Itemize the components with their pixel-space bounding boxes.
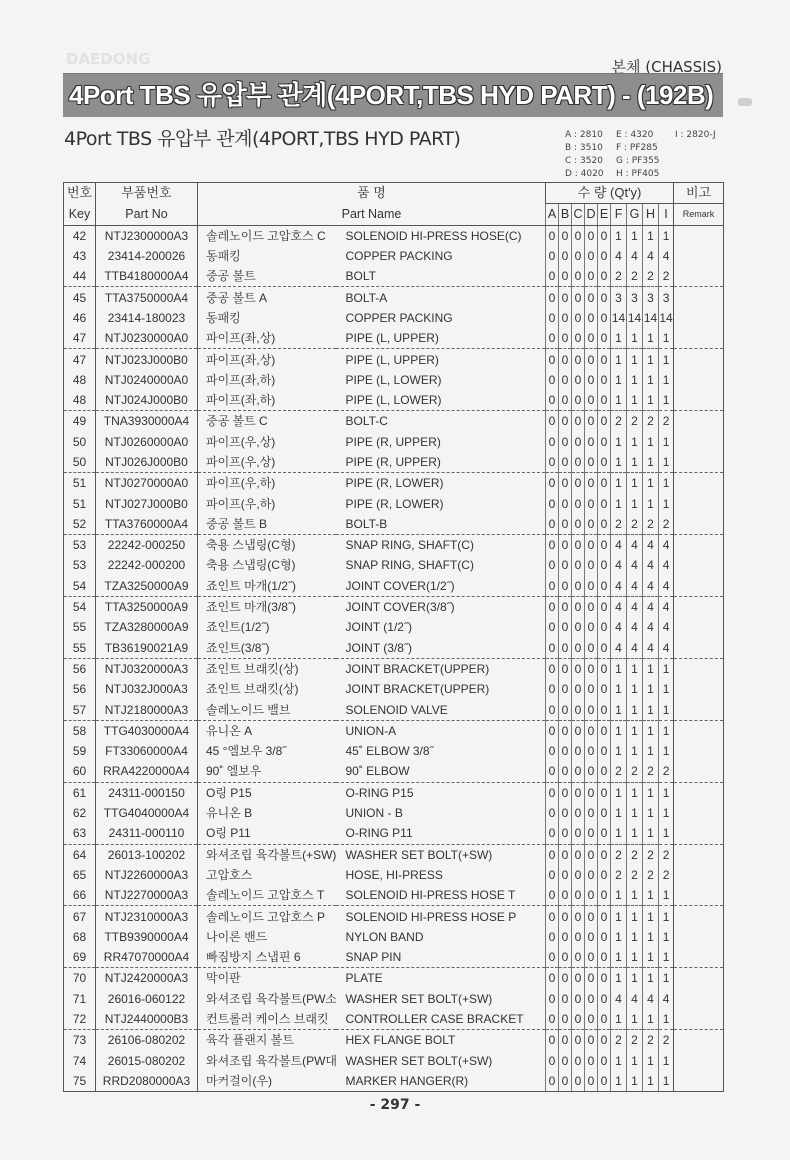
row-name-kr: 파이프(우,상) (198, 432, 336, 452)
row-qty: 2 (643, 1030, 659, 1051)
row-part-no: 26013-100202 (96, 844, 198, 865)
row-qty: 4 (643, 617, 659, 637)
row-qty: 0 (598, 699, 611, 720)
row-qty: 0 (598, 493, 611, 513)
row-remark (674, 328, 724, 349)
row-key: 52 (64, 514, 96, 535)
row-qty: 4 (627, 638, 643, 659)
row-qty: 1 (643, 390, 659, 411)
row-name-en: BOLT-A (336, 287, 546, 308)
row-qty: 1 (659, 370, 674, 390)
table-row: 5322242-000200축용 스냅링(C형)SNAP RING, SHAFT… (64, 555, 724, 575)
table-row: 68TTB9390000A4나이론 밴드NYLON BAND000001111 (64, 927, 724, 947)
row-qty: 1 (611, 1071, 627, 1092)
table-row: 65NTJ2260000A3고압호스HOSE, HI-PRESS00000222… (64, 865, 724, 885)
row-qty: 1 (643, 493, 659, 513)
model-code: G : PF355 (616, 155, 660, 168)
row-qty: 14 (643, 308, 659, 328)
row-qty: 1 (659, 452, 674, 473)
row-qty: 0 (559, 535, 572, 556)
row-qty: 0 (546, 658, 559, 679)
row-qty: 0 (559, 349, 572, 370)
row-qty: 1 (659, 432, 674, 452)
row-qty: 1 (611, 968, 627, 989)
row-qty: 2 (627, 844, 643, 865)
table-row: 55TZA3280000A9죠인트(1/2˝)JOINT (1/2˝)00000… (64, 617, 724, 637)
row-qty: 0 (585, 493, 598, 513)
row-qty: 0 (598, 782, 611, 803)
row-part-no: NTJ024J000B0 (96, 390, 198, 411)
row-qty: 0 (598, 576, 611, 597)
table-row: 6426013-100202와셔조립 육각볼트(+SW)WASHER SET B… (64, 844, 724, 865)
row-name-kr: 와셔조립 육각볼트(+SW) (198, 844, 336, 865)
row-qty: 4 (611, 535, 627, 556)
row-qty: 4 (611, 617, 627, 637)
row-part-no: NTJ0230000A0 (96, 328, 198, 349)
row-part-no: NTJ2260000A3 (96, 865, 198, 885)
row-qty: 1 (643, 349, 659, 370)
row-name-kr: 와셔조립 육각볼트(PW소+SW) (198, 989, 336, 1009)
row-qty: 0 (546, 308, 559, 328)
row-qty: 1 (643, 885, 659, 906)
table-row: 54TTA3250000A9죠인트 마개(3/8˝)JOINT COVER(3/… (64, 596, 724, 617)
row-qty: 0 (572, 947, 585, 968)
row-name-kr: 파이프(좌,상) (198, 349, 336, 370)
row-qty: 0 (598, 411, 611, 432)
row-qty: 0 (559, 906, 572, 927)
row-remark (674, 989, 724, 1009)
row-part-no: 26015-080202 (96, 1050, 198, 1070)
row-name-en: O-RING P15 (336, 782, 546, 803)
row-qty: 1 (643, 782, 659, 803)
row-qty: 1 (659, 885, 674, 906)
row-qty: 2 (659, 266, 674, 287)
row-remark (674, 1050, 724, 1070)
row-qty: 0 (585, 473, 598, 494)
row-qty: 0 (559, 947, 572, 968)
row-qty: 0 (559, 596, 572, 617)
row-qty: 0 (585, 266, 598, 287)
row-qty: 0 (572, 906, 585, 927)
table-row: 58TTG4030000A4유니온 AUNION-A000001111 (64, 720, 724, 741)
row-name-kr: 죠인트 브래킷(상) (198, 679, 336, 699)
row-qty: 0 (585, 370, 598, 390)
row-name-kr: 죠인트 마개(3/8˝) (198, 596, 336, 617)
row-qty: 1 (627, 1050, 643, 1070)
row-name-en: PIPE (L, LOWER) (336, 370, 546, 390)
row-name-kr: 죠인트 마개(1/2˝) (198, 576, 336, 597)
row-qty: 1 (611, 803, 627, 823)
row-qty: 1 (627, 968, 643, 989)
row-qty: 0 (546, 514, 559, 535)
row-qty: 0 (572, 473, 585, 494)
row-key: 56 (64, 679, 96, 699)
row-qty: 4 (627, 535, 643, 556)
row-name-kr: 중공 볼트 (198, 266, 336, 287)
row-qty: 4 (627, 596, 643, 617)
row-part-no: TZA3280000A9 (96, 617, 198, 637)
table-row: 4323414-200026동패킹COPPER PACKING000004444 (64, 246, 724, 266)
row-qty: 0 (559, 1071, 572, 1092)
row-qty: 0 (598, 1071, 611, 1092)
row-qty: 0 (546, 1030, 559, 1051)
header-remark-en: Remark (674, 204, 724, 225)
row-key: 48 (64, 390, 96, 411)
row-name-kr: 나이론 밴드 (198, 927, 336, 947)
table-row: 56NTJ032J000A3죠인트 브래킷(상)JOINT BRACKET(UP… (64, 679, 724, 699)
row-qty: 0 (546, 576, 559, 597)
row-qty: 0 (546, 390, 559, 411)
row-name-kr: 동패킹 (198, 246, 336, 266)
row-qty: 0 (559, 390, 572, 411)
row-remark (674, 1009, 724, 1030)
row-qty: 2 (627, 411, 643, 432)
row-qty: 1 (643, 927, 659, 947)
row-qty: 0 (598, 885, 611, 906)
table-row: 44TTB4180000A4중공 볼트BOLT000002222 (64, 266, 724, 287)
row-name-en: JOINT COVER(3/8˝) (336, 596, 546, 617)
header-key-en: Key (64, 204, 96, 225)
row-qty: 0 (585, 390, 598, 411)
row-key: 45 (64, 287, 96, 308)
row-name-en: JOINT BRACKET(UPPER) (336, 679, 546, 699)
faint-brand-logo: DAEDONG (66, 50, 150, 68)
row-key: 73 (64, 1030, 96, 1051)
row-qty: 4 (643, 246, 659, 266)
row-name-kr: 솔레노이드 밸브 (198, 699, 336, 720)
row-name-kr: 컨트롤러 케이스 브래킷 (198, 1009, 336, 1030)
row-qty: 0 (585, 349, 598, 370)
row-qty: 1 (611, 720, 627, 741)
row-qty: 0 (598, 349, 611, 370)
model-code: F : PF285 (616, 142, 658, 155)
row-remark (674, 535, 724, 556)
row-part-no: 23414-180023 (96, 308, 198, 328)
row-key: 63 (64, 823, 96, 844)
row-qty: 0 (572, 989, 585, 1009)
row-qty: 0 (598, 927, 611, 947)
row-qty: 0 (598, 741, 611, 761)
row-qty: 0 (559, 411, 572, 432)
row-qty: 1 (627, 390, 643, 411)
row-name-en: PIPE (L, LOWER) (336, 390, 546, 411)
row-qty: 1 (627, 741, 643, 761)
row-qty: 0 (598, 947, 611, 968)
row-key: 66 (64, 885, 96, 906)
row-name-kr: 파이프(좌,하) (198, 370, 336, 390)
table-row: 69RR47070000A4빠짐방지 스냅핀 6SNAP PIN00000111… (64, 947, 724, 968)
row-qty: 2 (611, 411, 627, 432)
row-qty: 0 (559, 699, 572, 720)
row-qty: 3 (611, 287, 627, 308)
row-qty: 0 (598, 432, 611, 452)
row-part-no: NTJ0320000A3 (96, 658, 198, 679)
row-qty: 1 (659, 823, 674, 844)
row-qty: 0 (585, 535, 598, 556)
row-name-en: JOINT (3/8˝) (336, 638, 546, 659)
row-qty: 0 (559, 266, 572, 287)
row-part-no: TTG4040000A4 (96, 803, 198, 823)
row-remark (674, 308, 724, 328)
row-qty: 0 (546, 596, 559, 617)
row-qty: 2 (611, 514, 627, 535)
row-qty: 0 (585, 823, 598, 844)
row-part-no: FT33060000A4 (96, 741, 198, 761)
row-name-kr: 90˚ 엘보우 (198, 761, 336, 782)
row-key: 58 (64, 720, 96, 741)
row-qty: 1 (611, 823, 627, 844)
row-name-kr: 마커걸이(우) (198, 1071, 336, 1092)
row-name-en: PIPE (L, UPPER) (336, 328, 546, 349)
page-title-bar: 4Port TBS 유압부 관계(4PORT,TBS HYD PART) - (… (63, 73, 723, 117)
row-qty: 0 (598, 452, 611, 473)
row-qty: 1 (643, 803, 659, 823)
row-remark (674, 741, 724, 761)
row-qty: 1 (611, 1050, 627, 1070)
row-qty: 0 (572, 370, 585, 390)
table-row: 51NTJ027J000B0파이프(우,하)PIPE (R, LOWER)000… (64, 493, 724, 513)
row-qty: 0 (572, 452, 585, 473)
header-qty-col: E (598, 204, 611, 225)
row-qty: 0 (585, 308, 598, 328)
row-key: 75 (64, 1071, 96, 1092)
row-key: 74 (64, 1050, 96, 1070)
row-qty: 0 (585, 555, 598, 575)
row-name-kr: 중공 볼트 B (198, 514, 336, 535)
row-key: 55 (64, 638, 96, 659)
row-qty: 4 (611, 555, 627, 575)
row-qty: 0 (598, 968, 611, 989)
row-qty: 0 (572, 679, 585, 699)
row-qty: 1 (659, 390, 674, 411)
row-qty: 1 (659, 1050, 674, 1070)
header-name-kr: 품 명 (198, 183, 546, 204)
row-qty: 4 (643, 989, 659, 1009)
row-qty: 0 (546, 844, 559, 865)
header-key-kr: 번호 (64, 183, 96, 204)
row-part-no: NTJ026J000B0 (96, 452, 198, 473)
row-name-en: SOLENOID HI-PRESS HOSE P (336, 906, 546, 927)
model-code: E : 4320 (616, 129, 653, 142)
table-row: 4623414-180023동패킹COPPER PACKING000001414… (64, 308, 724, 328)
row-qty: 1 (659, 968, 674, 989)
row-qty: 0 (598, 761, 611, 782)
row-key: 47 (64, 349, 96, 370)
row-qty: 2 (643, 844, 659, 865)
row-name-en: WASHER SET BOLT(+SW) (336, 1050, 546, 1070)
row-name-kr: 유니온 B (198, 803, 336, 823)
row-name-en: SNAP RING, SHAFT(C) (336, 555, 546, 575)
row-qty: 0 (598, 865, 611, 885)
row-qty: 0 (585, 638, 598, 659)
row-qty: 1 (659, 947, 674, 968)
row-qty: 0 (585, 658, 598, 679)
table-row: 48NTJ024J000B0파이프(좌,하)PIPE (L, LOWER)000… (64, 390, 724, 411)
row-name-en: HEX FLANGE BOLT (336, 1030, 546, 1051)
row-qty: 0 (546, 452, 559, 473)
row-qty: 2 (611, 1030, 627, 1051)
row-qty: 4 (627, 617, 643, 637)
row-qty: 0 (585, 246, 598, 266)
table-row: 49TNA3930000A4중공 볼트 CBOLT-C000002222 (64, 411, 724, 432)
header-partno-kr: 부품번호 (96, 183, 198, 204)
row-qty: 0 (559, 968, 572, 989)
row-qty: 1 (643, 432, 659, 452)
row-key: 59 (64, 741, 96, 761)
table-row: 42NTJ2300000A3솔레노이드 고압호스 CSOLENOID HI-PR… (64, 225, 724, 246)
row-qty: 0 (559, 761, 572, 782)
row-qty: 0 (585, 885, 598, 906)
table-row: 7326106-080202육각 플랜지 볼트HEX FLANGE BOLT00… (64, 1030, 724, 1051)
row-key: 70 (64, 968, 96, 989)
row-key: 53 (64, 555, 96, 575)
row-remark (674, 823, 724, 844)
row-qty: 4 (659, 555, 674, 575)
row-qty: 0 (546, 638, 559, 659)
row-qty: 1 (627, 947, 643, 968)
row-remark (674, 968, 724, 989)
row-qty: 1 (627, 782, 643, 803)
row-qty: 1 (611, 947, 627, 968)
row-qty: 0 (598, 596, 611, 617)
row-name-kr: 고압호스 (198, 865, 336, 885)
row-qty: 0 (559, 1009, 572, 1030)
row-qty: 1 (643, 968, 659, 989)
row-part-no: NTJ2270000A3 (96, 885, 198, 906)
row-qty: 0 (546, 803, 559, 823)
row-qty: 0 (598, 535, 611, 556)
row-qty: 0 (598, 555, 611, 575)
model-code: C : 3520 (565, 155, 603, 168)
row-key: 60 (64, 761, 96, 782)
row-name-en: PIPE (R, UPPER) (336, 452, 546, 473)
row-qty: 2 (659, 411, 674, 432)
table-row: 45TTA3750000A4중공 볼트 ABOLT-A000003333 (64, 287, 724, 308)
row-qty: 1 (627, 927, 643, 947)
row-qty: 0 (572, 411, 585, 432)
table-row: 75RRD2080000A3마커걸이(우)MARKER HANGER(R)000… (64, 1071, 724, 1092)
row-qty: 0 (598, 225, 611, 246)
row-qty: 0 (572, 246, 585, 266)
row-qty: 0 (572, 266, 585, 287)
row-qty: 0 (572, 1071, 585, 1092)
row-qty: 0 (598, 1030, 611, 1051)
row-name-kr: 죠인트 브래킷(상) (198, 658, 336, 679)
row-qty: 0 (585, 452, 598, 473)
row-qty: 1 (659, 927, 674, 947)
row-qty: 1 (659, 1009, 674, 1030)
row-qty: 0 (546, 266, 559, 287)
row-qty: 1 (611, 699, 627, 720)
row-qty: 0 (598, 1009, 611, 1030)
row-name-en: SOLENOID HI-PRESS HOSE T (336, 885, 546, 906)
row-name-kr: 동패킹 (198, 308, 336, 328)
row-qty: 0 (546, 246, 559, 266)
row-name-kr: 파이프(좌,하) (198, 390, 336, 411)
row-qty: 14 (659, 308, 674, 328)
table-row: 48NTJ0240000A0파이프(좌,하)PIPE (L, LOWER)000… (64, 370, 724, 390)
row-qty: 4 (611, 576, 627, 597)
row-qty: 4 (627, 555, 643, 575)
row-qty: 1 (627, 720, 643, 741)
row-part-no: NTJ027J000B0 (96, 493, 198, 513)
row-qty: 1 (659, 493, 674, 513)
row-qty: 0 (546, 906, 559, 927)
model-code: I : 2820-J (675, 129, 716, 142)
parts-table: 번호 부품번호 품 명 수 량 (Qt'y) 비고 Key Part No Pa… (63, 182, 724, 1092)
row-qty: 0 (572, 803, 585, 823)
row-qty: 0 (585, 596, 598, 617)
row-qty: 0 (546, 741, 559, 761)
row-qty: 1 (643, 679, 659, 699)
row-qty: 0 (559, 989, 572, 1009)
row-qty: 1 (643, 720, 659, 741)
row-part-no: NTJ2420000A3 (96, 968, 198, 989)
row-remark (674, 679, 724, 699)
row-name-en: WASHER SET BOLT(+SW) (336, 989, 546, 1009)
row-qty: 0 (598, 287, 611, 308)
row-qty: 1 (611, 885, 627, 906)
row-qty: 0 (559, 328, 572, 349)
row-qty: 14 (611, 308, 627, 328)
row-qty: 4 (627, 989, 643, 1009)
row-key: 47 (64, 328, 96, 349)
row-qty: 0 (585, 576, 598, 597)
row-qty: 4 (611, 989, 627, 1009)
row-name-en: PIPE (R, LOWER) (336, 493, 546, 513)
row-name-kr: 중공 볼트 C (198, 411, 336, 432)
row-part-no: NTJ0270000A0 (96, 473, 198, 494)
row-key: 50 (64, 452, 96, 473)
row-qty: 0 (585, 989, 598, 1009)
row-qty: 1 (627, 885, 643, 906)
row-qty: 0 (546, 927, 559, 947)
row-remark (674, 1030, 724, 1051)
row-qty: 0 (559, 617, 572, 637)
row-qty: 0 (559, 576, 572, 597)
row-key: 50 (64, 432, 96, 452)
row-qty: 0 (598, 658, 611, 679)
row-name-kr: O링 P11 (198, 823, 336, 844)
row-part-no: 22242-000200 (96, 555, 198, 575)
row-key: 71 (64, 989, 96, 1009)
row-qty: 1 (611, 493, 627, 513)
row-qty: 1 (627, 473, 643, 494)
row-part-no: TTB9390000A4 (96, 927, 198, 947)
row-qty: 0 (572, 349, 585, 370)
row-name-kr: 파이프(우,상) (198, 452, 336, 473)
row-remark (674, 246, 724, 266)
row-name-en: BOLT-B (336, 514, 546, 535)
row-name-kr: 유니온 A (198, 720, 336, 741)
row-qty: 0 (572, 865, 585, 885)
row-qty: 4 (611, 596, 627, 617)
row-qty: 1 (627, 803, 643, 823)
row-qty: 0 (598, 844, 611, 865)
row-remark (674, 287, 724, 308)
table-row: 57NTJ2180000A3솔레노이드 밸브SOLENOID VALVE0000… (64, 699, 724, 720)
row-qty: 0 (559, 638, 572, 659)
row-qty: 1 (643, 328, 659, 349)
row-part-no: 23414-200026 (96, 246, 198, 266)
row-qty: 0 (585, 699, 598, 720)
row-key: 49 (64, 411, 96, 432)
row-qty: 0 (598, 906, 611, 927)
row-name-en: 90˚ ELBOW (336, 761, 546, 782)
row-qty: 1 (659, 803, 674, 823)
row-qty: 1 (611, 452, 627, 473)
table-row: 59FT33060000A445 °엘보우 3/8˝45˚ ELBOW 3/8˝… (64, 741, 724, 761)
